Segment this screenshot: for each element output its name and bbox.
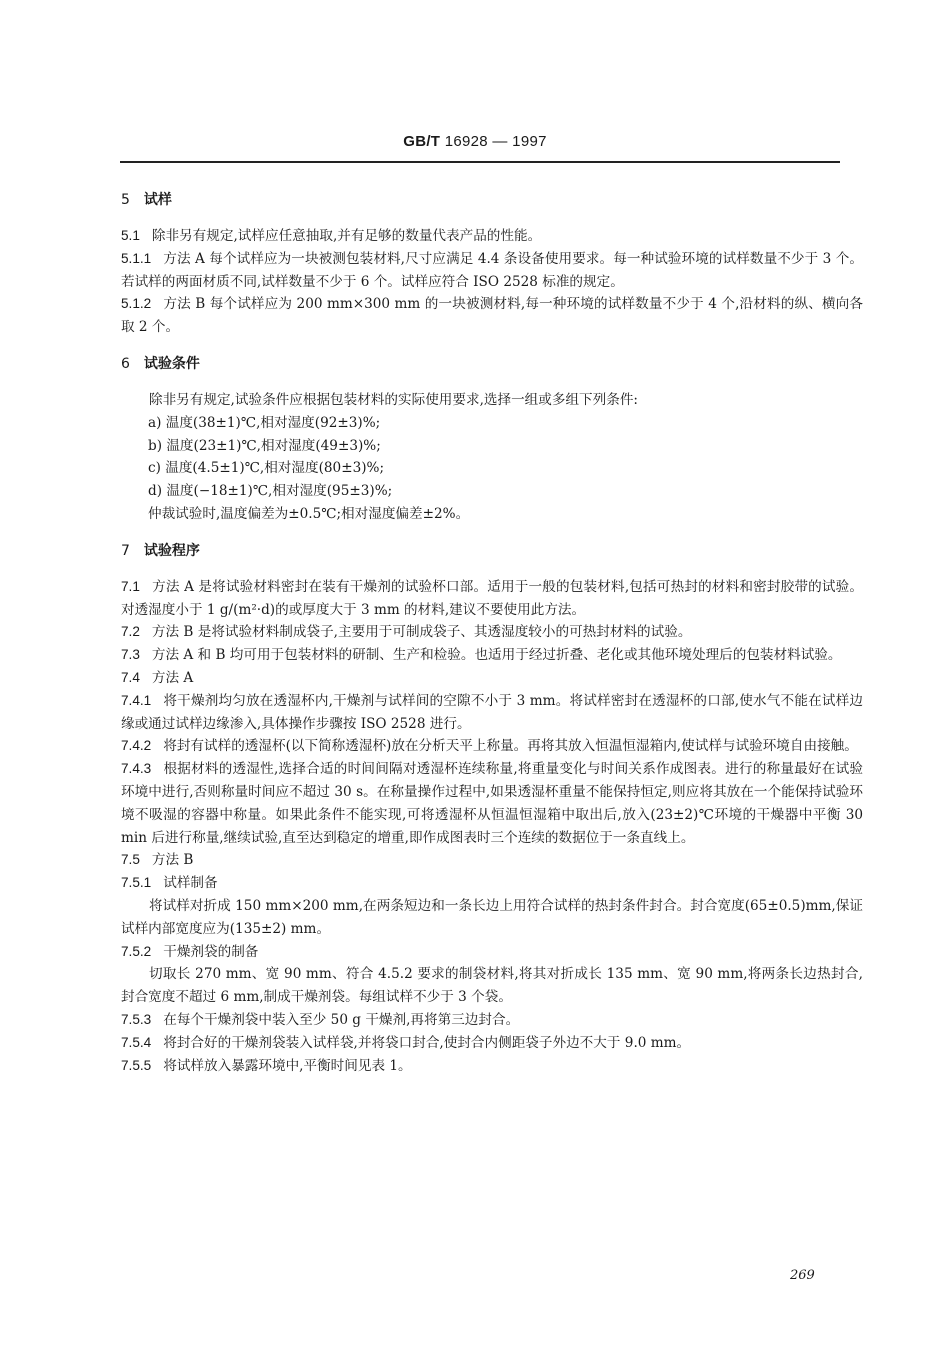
clause-number: 7.5 bbox=[121, 852, 140, 867]
clause-number: 7.3 bbox=[121, 647, 140, 662]
clause-number: 5.1 bbox=[121, 228, 140, 243]
clause-text: 除非另有规定,试样应任意抽取,并有足够的数量代表产品的性能。 bbox=[152, 228, 541, 244]
clause-7-3: 7.3方法 A 和 B 均可用于包装材料的研制、生产和检验。也适用于经过折叠、老… bbox=[121, 644, 863, 667]
condition-d: d) 温度(−18±1)℃,相对湿度(95±3)%; bbox=[121, 480, 863, 503]
clause-text: 根据材料的透湿性,选择合适的时间间隔对透湿杯连续称量,将重量变化与时间关系作成图… bbox=[121, 761, 863, 845]
clause-number: 7.4 bbox=[121, 670, 140, 685]
clause-7-5-5: 7.5.5将试样放入暴露环境中,平衡时间见表 1。 bbox=[121, 1055, 863, 1078]
clause-number: 7.5.1 bbox=[121, 875, 151, 890]
clause-7-5-4: 7.5.4将封合好的干燥剂袋装入试样袋,并将袋口封合,使封合内侧距袋子外边不大于… bbox=[121, 1032, 863, 1055]
section-number: 6 bbox=[121, 356, 130, 372]
clause-number: 7.5.2 bbox=[121, 944, 151, 959]
clause-number: 7.5.4 bbox=[121, 1035, 151, 1050]
clause-text: 将封合好的干燥剂袋装入试样袋,并将袋口封合,使封合内侧距袋子外边不大于 9.0 … bbox=[163, 1035, 690, 1051]
clause-7-4-2: 7.4.2将封有试样的透湿杯(以下简称透湿杯)放在分析天平上称量。再将其放入恒温… bbox=[121, 735, 863, 758]
running-header: GB/T 16928 — 1997 bbox=[0, 133, 950, 150]
clause-7-5-2-body: 切取长 270 mm、宽 90 mm、符合 4.5.2 要求的制袋材料,将其对折… bbox=[121, 963, 863, 1009]
clause-text: 方法 B 每个试样应为 200 mm×300 mm 的一块被测材料,每一种环境的… bbox=[121, 296, 863, 335]
header-rule bbox=[120, 161, 840, 163]
clause-text: 方法 B 是将试验材料制成袋子,主要用于可制成袋子、其透湿度较小的可热封材料的试… bbox=[152, 624, 692, 640]
clause-5-1-2: 5.1.2方法 B 每个试样应为 200 mm×300 mm 的一块被测材料,每… bbox=[121, 293, 863, 339]
clause-number: 7.4.3 bbox=[121, 761, 151, 776]
section-title: 试验条件 bbox=[144, 356, 200, 372]
clause-text: 试样制备 bbox=[163, 875, 217, 891]
clause-number: 5.1.2 bbox=[121, 296, 151, 311]
clause-7-5-1: 7.5.1试样制备 bbox=[121, 872, 863, 895]
clause-5-1-1: 5.1.1方法 A 每个试样应为一块被测包装材料,尺寸应满足 4.4 条设备使用… bbox=[121, 248, 863, 294]
arbitration-note: 仲裁试验时,温度偏差为±0.5℃;相对湿度偏差±2%。 bbox=[121, 503, 863, 526]
clause-text: 干燥剂袋的制备 bbox=[163, 944, 258, 960]
clause-number: 7.5.3 bbox=[121, 1012, 151, 1027]
clause-7-4-1: 7.4.1将干燥剂均匀放在透湿杯内,干燥剂与试样间的空隙不小于 3 mm。将试样… bbox=[121, 690, 863, 736]
section-heading-5: 5试样 bbox=[121, 189, 863, 211]
condition-a: a) 温度(38±1)℃,相对湿度(92±3)%; bbox=[121, 412, 863, 435]
clause-text: 方法 B bbox=[152, 852, 194, 868]
condition-b: b) 温度(23±1)℃,相对湿度(49±3)%; bbox=[121, 435, 863, 458]
clause-number: 7.2 bbox=[121, 624, 140, 639]
section-title: 试样 bbox=[144, 192, 172, 208]
clause-text: 将封有试样的透湿杯(以下简称透湿杯)放在分析天平上称量。再将其放入恒温恒湿箱内,… bbox=[163, 738, 858, 754]
conditions-intro: 除非另有规定,试验条件应根据包装材料的实际使用要求,选择一组或多组下列条件: bbox=[121, 389, 863, 412]
clause-text: 方法 A bbox=[152, 670, 193, 686]
clause-number: 7.5.5 bbox=[121, 1058, 151, 1073]
clause-7-5-3: 7.5.3在每个干燥剂袋中装入至少 50 g 干燥剂,再将第三边封合。 bbox=[121, 1009, 863, 1032]
clause-number: 7.4.1 bbox=[121, 693, 151, 708]
clause-text: 方法 A 每个试样应为一块被测包装材料,尺寸应满足 4.4 条设备使用要求。每一… bbox=[121, 251, 863, 290]
clause-text: 将干燥剂均匀放在透湿杯内,干燥剂与试样间的空隙不小于 3 mm。将试样密封在透湿… bbox=[121, 693, 863, 732]
clause-text: 将试样放入暴露环境中,平衡时间见表 1。 bbox=[163, 1058, 411, 1074]
clause-number: 7.4.2 bbox=[121, 738, 151, 753]
clause-7-4-3: 7.4.3根据材料的透湿性,选择合适的时间间隔对透湿杯连续称量,将重量变化与时间… bbox=[121, 758, 863, 849]
clause-number: 5.1.1 bbox=[121, 251, 151, 266]
standard-code: GB/T bbox=[403, 133, 440, 150]
clause-text: 在每个干燥剂袋中装入至少 50 g 干燥剂,再将第三边封合。 bbox=[163, 1012, 519, 1028]
clause-7-5-2: 7.5.2干燥剂袋的制备 bbox=[121, 941, 863, 964]
page-number: 269 bbox=[790, 1268, 815, 1283]
page-body: 5试样 5.1除非另有规定,试样应任意抽取,并有足够的数量代表产品的性能。 5.… bbox=[121, 189, 863, 1077]
clause-text: 方法 A 和 B 均可用于包装材料的研制、生产和检验。也适用于经过折叠、老化或其… bbox=[152, 647, 842, 663]
clause-number: 7.1 bbox=[121, 579, 140, 594]
clause-5-1: 5.1除非另有规定,试样应任意抽取,并有足够的数量代表产品的性能。 bbox=[121, 225, 863, 248]
section-number: 7 bbox=[121, 543, 130, 559]
section-number: 5 bbox=[121, 192, 130, 208]
section-heading-6: 6试验条件 bbox=[121, 353, 863, 375]
clause-7-4: 7.4方法 A bbox=[121, 667, 863, 690]
section-heading-7: 7试验程序 bbox=[121, 540, 863, 562]
clause-text: 方法 A 是将试验材料密封在装有干燥剂的试验杯口部。适用于一般的包装材料,包括可… bbox=[121, 579, 863, 618]
clause-7-1: 7.1方法 A 是将试验材料密封在装有干燥剂的试验杯口部。适用于一般的包装材料,… bbox=[121, 576, 863, 622]
standard-number: 16928 — 1997 bbox=[445, 133, 547, 150]
condition-c: c) 温度(4.5±1)℃,相对湿度(80±3)%; bbox=[121, 457, 863, 480]
clause-7-2: 7.2方法 B 是将试验材料制成袋子,主要用于可制成袋子、其透湿度较小的可热封材… bbox=[121, 621, 863, 644]
clause-7-5-1-body: 将试样对折成 150 mm×200 mm,在两条短边和一条长边上用符合试样的热封… bbox=[121, 895, 863, 941]
section-title: 试验程序 bbox=[144, 543, 200, 559]
clause-7-5: 7.5方法 B bbox=[121, 849, 863, 872]
